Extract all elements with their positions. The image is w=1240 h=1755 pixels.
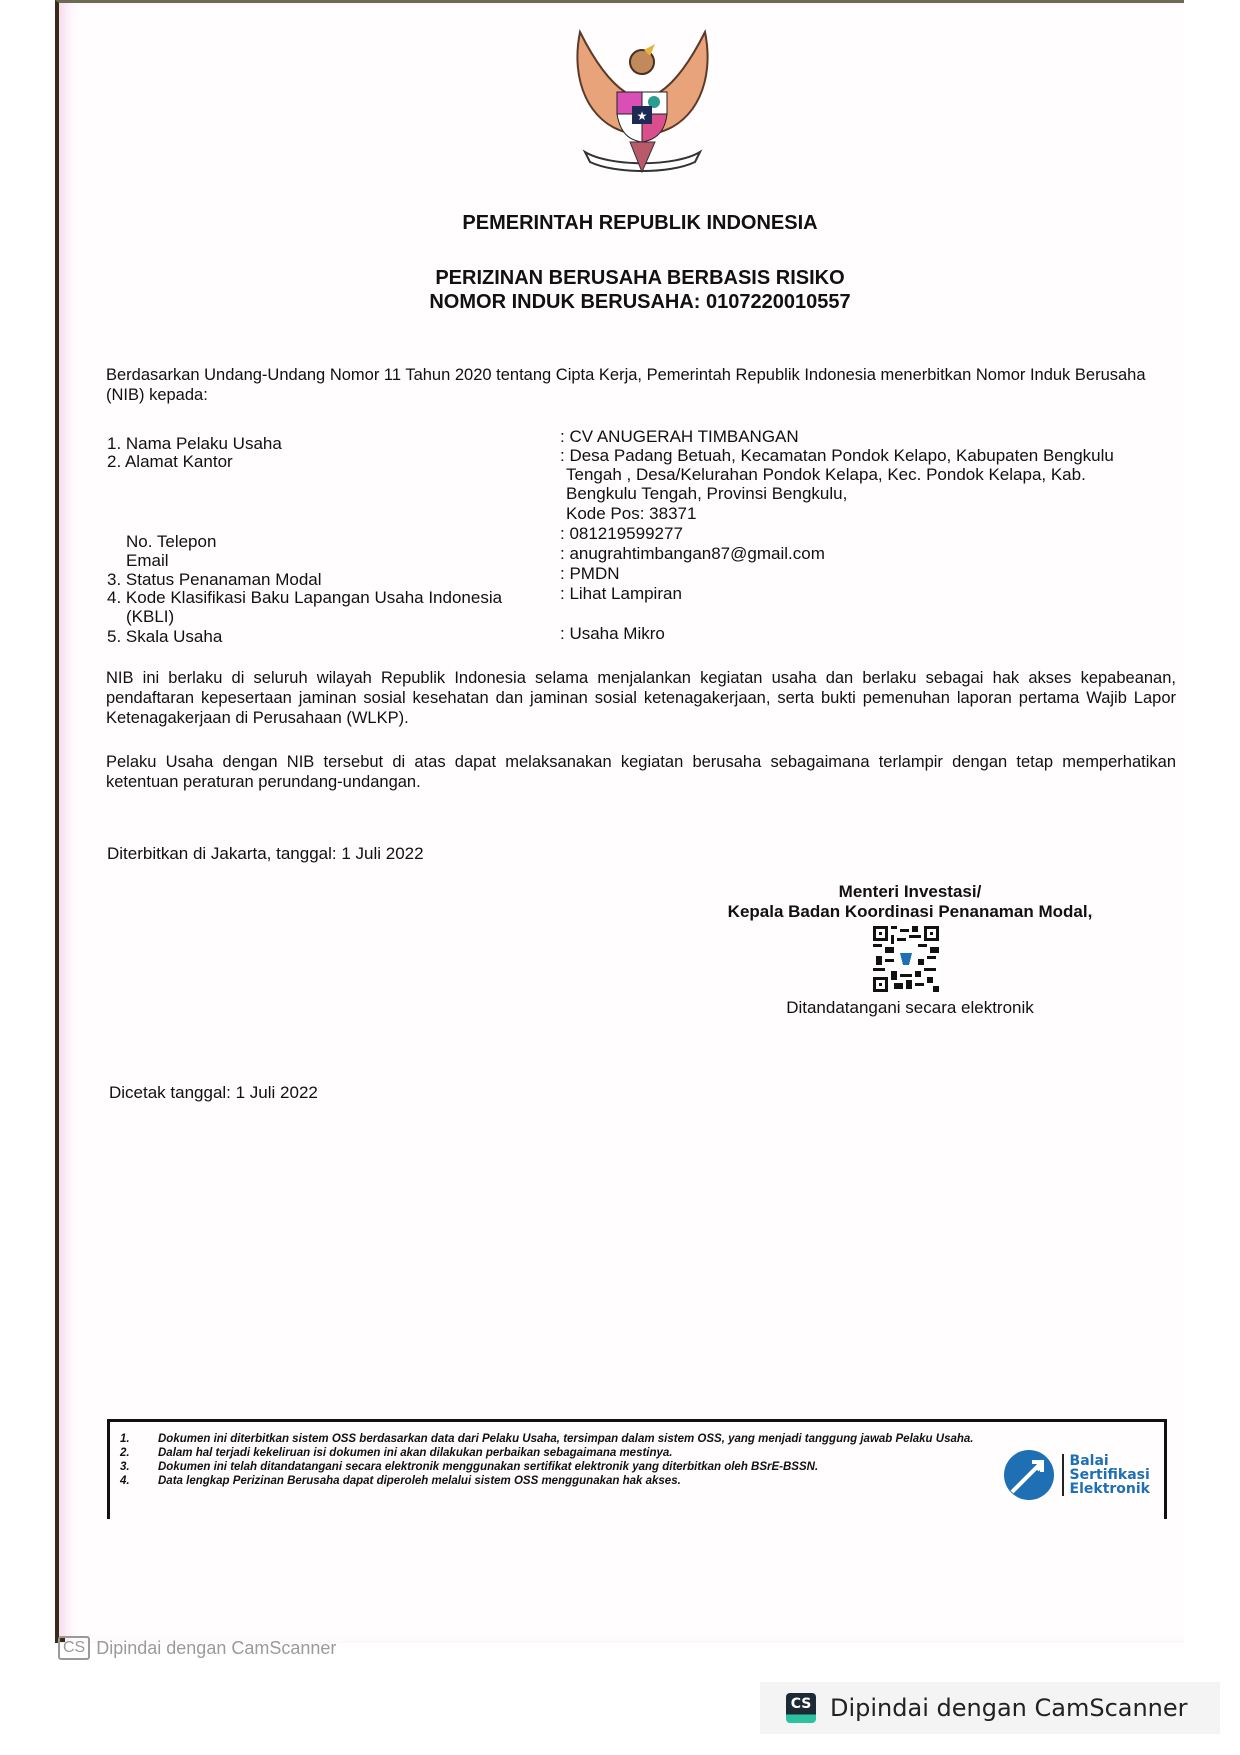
footer-note: 2.Dalam hal terjadi kekeliruan isi dokum… [120, 1446, 1010, 1460]
value-office-address-line3: Bengkulu Tengah, Provinsi Bengkulu, [566, 484, 847, 503]
validity-paragraph: NIB ini berlaku di seluruh wilayah Repub… [106, 668, 1176, 728]
value-kbli: : Lihat Lampiran [560, 584, 682, 603]
camscanner-logo-icon: CS [786, 1693, 816, 1723]
label-kbli-line2: (KBLI) [126, 607, 174, 627]
signatory-office: Kepala Badan Koordinasi Penanaman Modal, [700, 902, 1120, 922]
bsre-emblem-icon [1002, 1448, 1056, 1502]
label-business-scale: 5. Skala Usaha [107, 627, 222, 647]
value-email: : anugrahtimbangan87@gmail.com [560, 544, 825, 563]
footer-note: 3.Dokumen ini telah ditandatangani secar… [120, 1460, 1010, 1474]
footer-notes-list: 1.Dokumen ini diterbitkan sistem OSS ber… [110, 1422, 1010, 1488]
label-office-address: 2. Alamat Kantor [107, 452, 233, 472]
value-office-address-line2: Tengah , Desa/Kelurahan Pondok Kelapa, K… [566, 465, 1086, 484]
nib-number: NOMOR INDUK BERUSAHA: 0107220010557 [0, 290, 1240, 314]
signature-qr-icon [873, 926, 939, 992]
bsre-logo: Balai Sertifikasi Elektronik [1002, 1448, 1150, 1502]
document-title: PERIZINAN BERUSAHA BERBASIS RISIKO NOMOR… [0, 266, 1240, 314]
activity-paragraph: Pelaku Usaha dengan NIB tersebut di atas… [106, 752, 1176, 792]
svg-text:★: ★ [637, 109, 648, 123]
camscanner-watermark-large: CS Dipindai dengan CamScanner [760, 1682, 1220, 1734]
camscanner-watermark-small: CS Dipindai dengan CamScanner [58, 1636, 336, 1660]
value-office-address: : Desa Padang Betuah, Kecamatan Pondok K… [560, 446, 1114, 465]
intro-paragraph: Berdasarkan Undang-Undang Nomor 11 Tahun… [106, 365, 1176, 405]
printed-date: Dicetak tanggal: 1 Juli 2022 [109, 1083, 318, 1103]
label-phone: No. Telepon [126, 532, 216, 552]
scanned-document-page [55, 0, 1184, 1643]
issued-date: Diterbitkan di Jakarta, tanggal: 1 Juli … [107, 844, 424, 864]
signatory-block: Menteri Investasi/ Kepala Badan Koordina… [700, 882, 1120, 922]
label-kbli: 4. Kode Klasifikasi Baku Lapangan Usaha … [107, 588, 502, 608]
label-email: Email [126, 551, 169, 571]
garuda-emblem-icon: ★ [570, 22, 715, 182]
footer-note: 1.Dokumen ini diterbitkan sistem OSS ber… [120, 1432, 1010, 1446]
government-heading: PEMERINTAH REPUBLIK INDONESIA [0, 212, 1240, 235]
value-business-scale: : Usaha Mikro [560, 624, 665, 643]
value-phone: : 081219599277 [560, 524, 683, 543]
permit-title: PERIZINAN BERUSAHA BERBASIS RISIKO [0, 266, 1240, 290]
label-investment-status: 3. Status Penanaman Modal [107, 570, 322, 590]
value-investment-status: : PMDN [560, 564, 620, 583]
electronic-signature-note: Ditandatangani secara elektronik [700, 998, 1120, 1018]
value-postal-code: Kode Pos: 38371 [566, 504, 696, 523]
value-business-name: : CV ANUGERAH TIMBANGAN [560, 427, 799, 446]
camscanner-icon: CS [58, 1636, 90, 1660]
watermark-text: Dipindai dengan CamScanner [830, 1694, 1188, 1722]
watermark-text: Dipindai dengan CamScanner [96, 1638, 336, 1659]
signatory-title: Menteri Investasi/ [700, 882, 1120, 902]
footer-notes-box: 1.Dokumen ini diterbitkan sistem OSS ber… [107, 1419, 1167, 1519]
label-business-name: 1. Nama Pelaku Usaha [107, 434, 282, 454]
footer-note: 4.Data lengkap Perizinan Berusaha dapat … [120, 1474, 1010, 1488]
bsre-text: Balai Sertifikasi Elektronik [1062, 1454, 1150, 1496]
